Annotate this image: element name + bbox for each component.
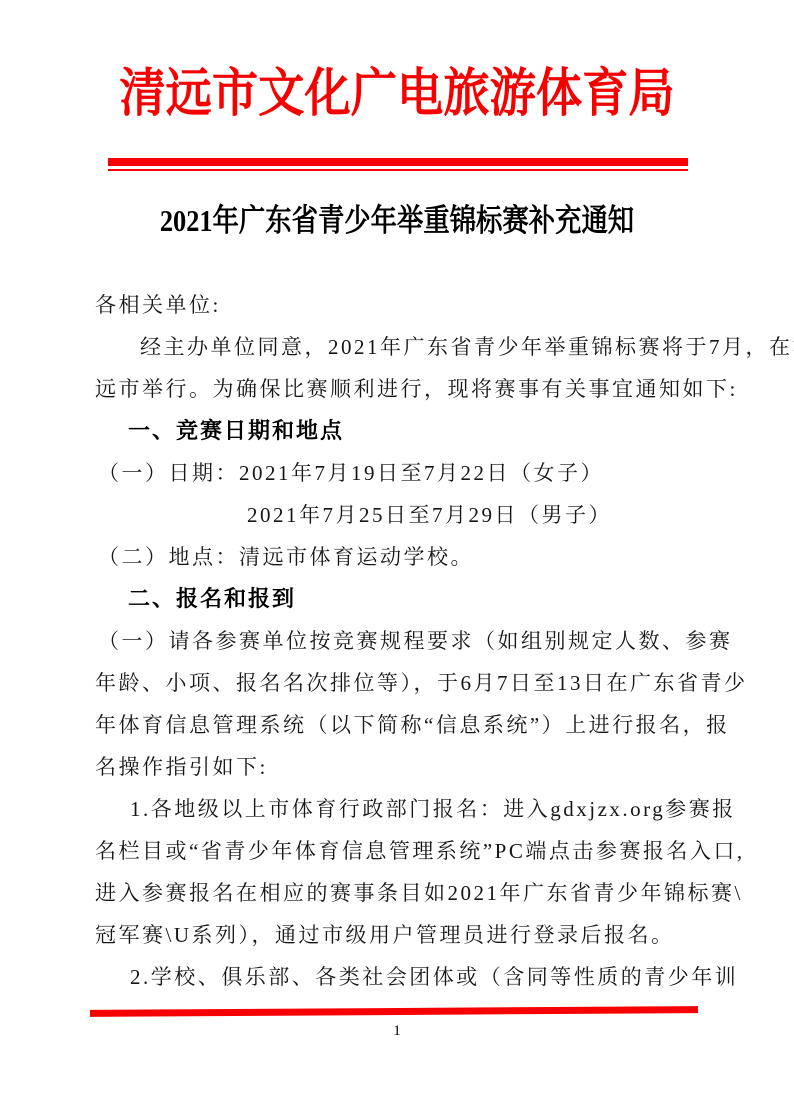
- document-line: 各相关单位:: [95, 284, 720, 326]
- document-line: 经主办单位同意，2021年广东省青少年举重锦标赛将于7月，在清: [95, 326, 720, 368]
- document-line: 年龄、小项、报名名次排位等），于6月7日至13日在广东省青少: [95, 662, 720, 704]
- section-heading: 一、竞赛日期和地点: [95, 410, 720, 452]
- document-line: （一）日期：2021年7月19日至7月22日（女子）: [95, 452, 720, 494]
- footer-rule: [90, 1006, 698, 1017]
- document-page: 清远市文化广电旅游体育局 2021年广东省青少年举重锦标赛补充通知 各相关单位:…: [0, 0, 794, 1108]
- document-line: 2.学校、俱乐部、各类社会团体或（含同等性质的青少年训: [95, 956, 720, 998]
- document-title: 2021年广东省青少年举重锦标赛补充通知: [160, 203, 634, 239]
- letterhead-rule-thin: [108, 169, 688, 171]
- section-heading: 二、报名和报到: [95, 578, 720, 620]
- document-line: （一）请各参赛单位按竞赛规程要求（如组别规定人数、参赛: [95, 620, 720, 662]
- page-number: 1: [0, 1022, 794, 1040]
- document-title-wrap: 2021年广东省青少年举重锦标赛补充通知: [0, 203, 794, 239]
- document-line: 2021年7月25日至7月29日（男子）: [95, 494, 720, 536]
- document-body: 各相关单位:经主办单位同意，2021年广东省青少年举重锦标赛将于7月，在清远市举…: [95, 284, 720, 998]
- document-line: （二）地点：清远市体育运动学校。: [95, 536, 720, 578]
- letterhead-rule-thick: [108, 158, 688, 166]
- document-line: 1.各地级以上市体育行政部门报名：进入gdxjzx.org参赛报: [95, 788, 720, 830]
- document-line: 远市举行。为确保比赛顺利进行，现将赛事有关事宜通知如下:: [95, 368, 720, 410]
- document-line: 名操作指引如下:: [95, 746, 720, 788]
- document-line: 名栏目或“省青少年体育信息管理系统”PC端点击参赛报名入口,: [95, 830, 720, 872]
- document-line: 冠军赛\U系列），通过市级用户管理员进行登录后报名。: [95, 914, 720, 956]
- letterhead: 清远市文化广电旅游体育局: [0, 66, 794, 124]
- letterhead-agency-title: 清远市文化广电旅游体育局: [119, 66, 674, 124]
- document-line: 进入参赛报名在相应的赛事条目如2021年广东省青少年锦标赛\: [95, 872, 720, 914]
- document-line: 年体育信息管理系统（以下简称“信息系统”）上进行报名，报: [95, 704, 720, 746]
